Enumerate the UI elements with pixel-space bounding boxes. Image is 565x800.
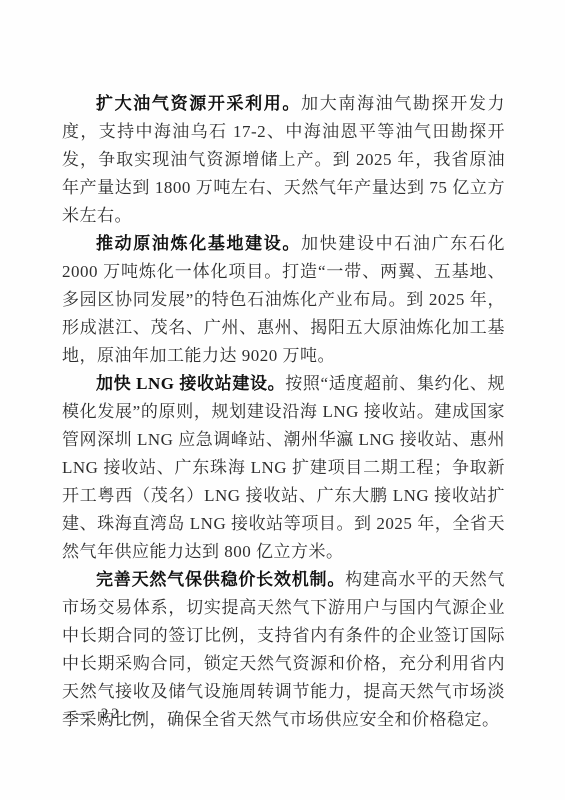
paragraph: 扩大油气资源开采利用。加大南海油气勘探开发力度，支持中海油乌石 17-2、中海油… <box>62 90 505 230</box>
document-text: 扩大油气资源开采利用。加大南海油气勘探开发力度，支持中海油乌石 17-2、中海油… <box>62 90 505 734</box>
paragraph-heading: 完善天然气保供稳价长效机制。 <box>96 570 345 589</box>
paragraph-body: 按照“适度超前、集约化、规模化发展”的原则，规划建设沿海 LNG 接收站。建成国… <box>62 374 505 561</box>
page-number: — 22 — <box>76 706 147 723</box>
paragraph-heading: 推动原油炼化基地建设。 <box>96 234 301 253</box>
paragraph: 推动原油炼化基地建设。加快建设中石油广东石化 2000 万吨炼化一体化项目。打造… <box>62 230 505 370</box>
document-page: 扩大油气资源开采利用。加大南海油气勘探开发力度，支持中海油乌石 17-2、中海油… <box>0 0 565 800</box>
paragraph-heading: 加快 LNG 接收站建设。 <box>96 374 285 393</box>
paragraph-body: 加快建设中石油广东石化 2000 万吨炼化一体化项目。打造“一带、两翼、五基地、… <box>62 234 505 365</box>
paragraph: 加快 LNG 接收站建设。按照“适度超前、集约化、规模化发展”的原则，规划建设沿… <box>62 370 505 566</box>
paragraph-heading: 扩大油气资源开采利用。 <box>96 94 301 113</box>
paragraph-body: 加大南海油气勘探开发力度，支持中海油乌石 17-2、中海油恩平等油气田勘探开发，… <box>62 94 505 225</box>
